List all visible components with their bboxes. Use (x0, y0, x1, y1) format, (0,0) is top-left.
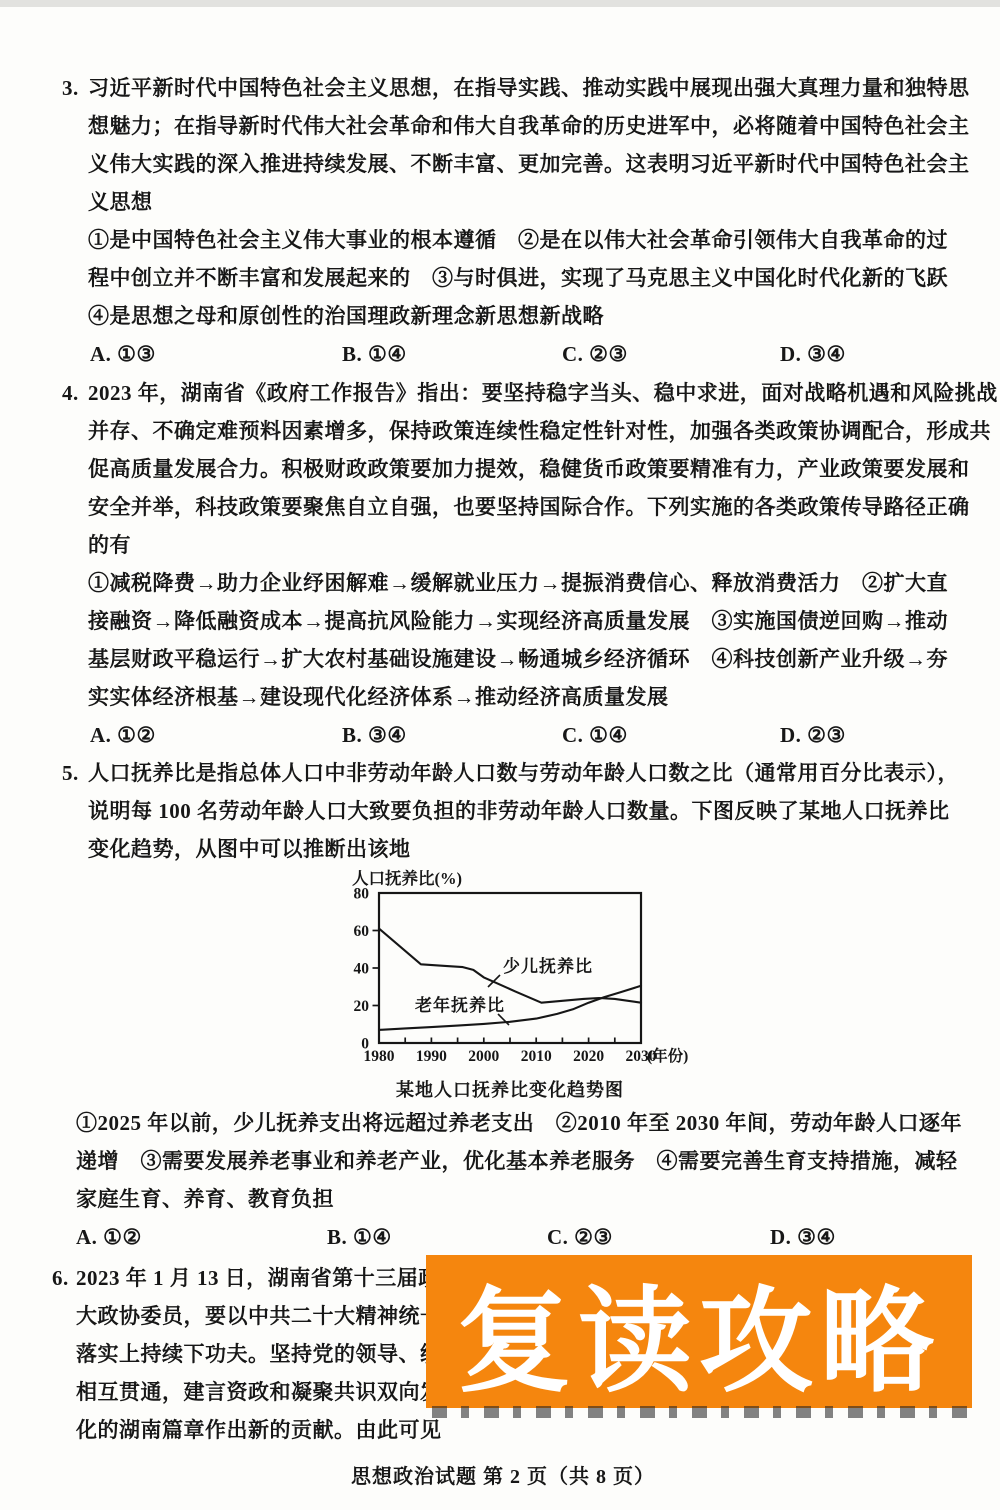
q6-line: 大政协委员，要以中共二十大精神统一 (76, 1304, 442, 1328)
q4-line: 2023 年，湖南省《政府工作报告》指出：要坚持稳字当头、稳中求进，面对战略机遇… (88, 381, 998, 405)
svg-text:少儿抚养比: 少儿抚养比 (503, 956, 593, 976)
q4-option-b: B. ③④ (342, 723, 407, 747)
q4-option-c: C. ①④ (562, 723, 628, 747)
q3-option-a: A. ①③ (90, 342, 156, 366)
svg-text:2020: 2020 (573, 1048, 604, 1065)
watermark-overlay: 复读攻略 (426, 1255, 972, 1408)
q6-line: 2023 年 1 月 13 日，湖南省第十三届政 (76, 1266, 440, 1290)
q5-line: 变化趋势，从图中可以推断出该地 (88, 837, 411, 861)
q4-line: 的有 (88, 533, 131, 557)
q5-option-c: C. ②③ (547, 1225, 613, 1249)
dependency-ratio-chart: 198019902000201020202030(年份)020406080人口抚… (330, 866, 730, 1101)
dependency-ratio-chart-svg: 198019902000201020202030(年份)020406080人口抚… (330, 866, 730, 1101)
q4-number: 4. (62, 381, 79, 405)
q3-option-c: C. ②③ (562, 342, 628, 366)
svg-text:20: 20 (354, 998, 370, 1015)
q3-line: 想魅力；在指导新时代伟大社会革命和伟大自我革命的历史进军中，必将随着中国特色社会… (88, 114, 970, 138)
q6-line: 相互贯通，建言资政和凝聚共识双向发 (76, 1380, 442, 1404)
q3-line: 义思想 (88, 190, 153, 214)
q6-number: 6. (52, 1266, 69, 1290)
chart-caption: 某地人口抚养比变化趋势图 (330, 1076, 690, 1102)
q3-statement-line: ①是中国特色社会主义伟大事业的根本遵循 ②是在以伟大社会革命引领伟大自我革命的过 (88, 228, 948, 252)
q5-statement-line: ①2025 年以前，少儿抚养支出将远超过养老支出 ②2010 年至 2030 年… (76, 1111, 962, 1135)
q4-statement-line: 基层财政平稳运行→扩大农村基础设施建设→畅通城乡经济循环 ④科技创新产业升级→夯 (88, 647, 948, 671)
q4-statement-line: ①减税降费→助力企业纾困解难→缓解就业压力→提振消费信心、释放消费活力 ②扩大直 (88, 571, 948, 595)
q3-line: 习近平新时代中国特色社会主义思想，在指导实践、推动实践中展现出强大真理力量和独特… (88, 76, 970, 100)
q5-line: 说明每 100 名劳动年龄人口大致要负担的非劳动年龄人口数量。下图反映了某地人口… (88, 799, 950, 823)
q4-statement-line: 实实体经济根基→建设现代化经济体系→推动经济高质量发展 (88, 685, 669, 709)
q5-statement-line: 家庭生育、养育、教育负担 (76, 1187, 334, 1211)
q3-statement-line: ④是思想之母和原创性的治国理政新理念新思想新战略 (88, 304, 604, 328)
exam-page: 3. 习近平新时代中国特色社会主义思想，在指导实践、推动实践中展现出强大真理力量… (0, 0, 1000, 1510)
q3-statement-line: 程中创立并不断丰富和发展起来的 ③与时俱进，实现了马克思主义中国化时代化新的飞跃 (88, 266, 948, 290)
q5-option-a: A. ①② (76, 1225, 142, 1249)
q3-line: 义伟大实践的深入推进持续发展、不断丰富、更加完善。这表明习近平新时代中国特色社会… (88, 152, 970, 176)
q4-line: 并存、不确定难预料因素增多，保持政策连续性稳定性针对性，加强各类政策协调配合，形… (88, 419, 991, 443)
obscured-text-remnant (432, 1406, 980, 1418)
q5-line: 人口抚养比是指总体人口中非劳动年龄人口数与劳动年龄人口数之比（通常用百分比表示）… (88, 761, 959, 785)
svg-text:60: 60 (354, 923, 370, 940)
q4-line: 安全并举，科技政策要聚焦自立自强，也要坚持国际合作。下列实施的各类政策传导路径正… (88, 495, 970, 519)
page-footer: 思想政治试题 第 2 页（共 8 页） (3, 1460, 1000, 1489)
q4-statement-line: 接融资→降低融资成本→提高抗风险能力→实现经济高质量发展 ③实施国债逆回购→推动 (88, 609, 948, 633)
svg-text:人口抚养比(%): 人口抚养比(%) (352, 868, 462, 888)
svg-text:40: 40 (354, 961, 370, 978)
q4-option-a: A. ①② (90, 723, 156, 747)
q6-line: 落实上持续下功夫。坚持党的领导、统 (76, 1342, 442, 1366)
q5-statement-line: 递增 ③需要发展养老事业和养老产业，优化基本养老服务 ④需要完善生育支持措施，减… (76, 1149, 958, 1173)
q6-line: 化的湖南篇章作出新的贡献。由此可见 (76, 1418, 442, 1442)
q5-option-d: D. ③④ (770, 1225, 836, 1249)
svg-text:1990: 1990 (416, 1048, 447, 1065)
q3-option-b: B. ①④ (342, 342, 407, 366)
watermark-text: 复读攻略 (426, 1255, 972, 1408)
svg-text:2010: 2010 (521, 1048, 552, 1065)
svg-text:80: 80 (354, 886, 370, 903)
q5-option-b: B. ①④ (327, 1225, 392, 1249)
svg-text:(年份): (年份) (647, 1046, 688, 1065)
q4-option-d: D. ②③ (780, 723, 846, 747)
q4-line: 促高质量发展合力。积极财政政策要加力提效，稳健货币政策要精准有力，产业政策要发展… (88, 457, 970, 481)
svg-text:2000: 2000 (468, 1048, 499, 1065)
svg-text:老年抚养比: 老年抚养比 (414, 995, 505, 1015)
q5-number: 5. (62, 761, 79, 785)
q3-number: 3. (62, 76, 79, 100)
svg-text:0: 0 (361, 1036, 369, 1053)
q3-option-d: D. ③④ (780, 342, 846, 366)
scan-edge-artifact (0, 0, 1000, 7)
